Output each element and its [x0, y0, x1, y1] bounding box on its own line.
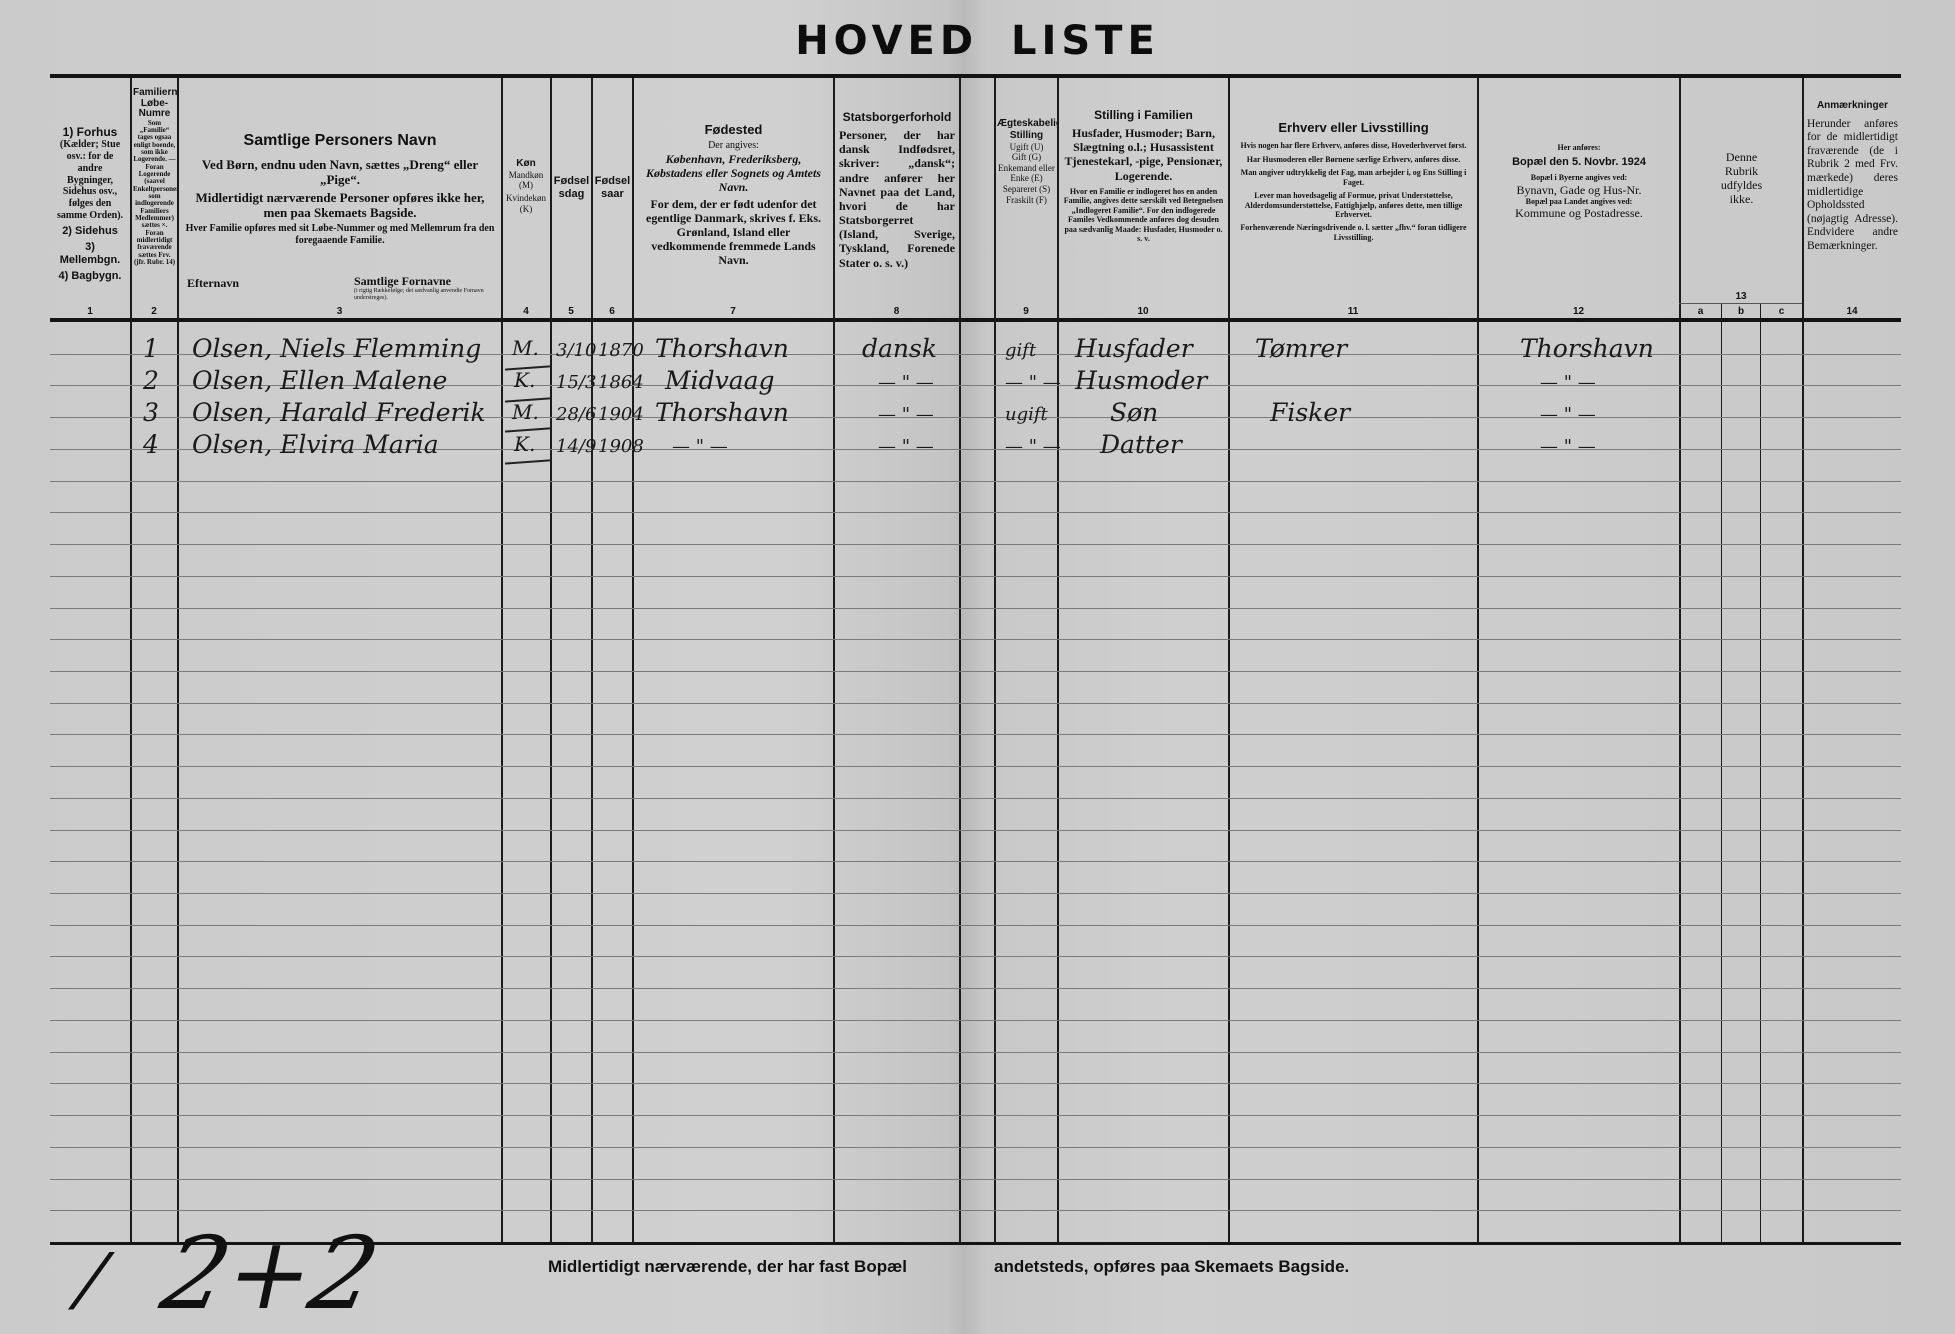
cell-birthday: 15/3 — [556, 372, 596, 393]
row-rule — [50, 481, 1901, 482]
column-number: 10 — [1058, 306, 1228, 317]
header-col-4: Køn Mandkøn (M) Kvindekøn (K) — [502, 80, 550, 305]
cell-citizenship: — " — — [878, 404, 934, 425]
cell-sex: M. — [512, 336, 539, 360]
row-rule — [50, 1052, 1901, 1053]
cell-occupation: Tømrer — [1255, 334, 1347, 363]
cell-family-role: Husfader — [1075, 334, 1193, 363]
tally-slash: / — [71, 1238, 112, 1320]
cell-birthday: 28/6 — [556, 404, 596, 425]
cell-birthplace: Thorshavn — [655, 334, 789, 363]
cell-birthday: 14/9 — [556, 436, 596, 457]
row-rule — [50, 1020, 1901, 1021]
cell-marital: — " — — [1005, 372, 1061, 393]
header-col-3: Samtlige Personers Navn Ved Børn, endnu … — [179, 80, 501, 305]
row-rule — [50, 639, 1901, 640]
cell-birthyear: 1904 — [598, 404, 644, 425]
row-rule — [50, 576, 1901, 577]
census-form-page: HOVED LISTE 1) Forhus (Kælder; Stue osv.… — [0, 0, 1955, 1334]
row-rule — [50, 893, 1901, 894]
row-rule — [50, 1147, 1901, 1148]
row-rule — [50, 734, 1901, 735]
cell-birthyear: 1864 — [598, 372, 644, 393]
row-rule — [50, 671, 1901, 672]
cell-family-role: Datter — [1100, 430, 1182, 459]
row-rule — [50, 544, 1901, 545]
cell-family-number: 2 — [143, 366, 159, 395]
col-divider — [1760, 303, 1761, 1244]
row-rule — [50, 1115, 1901, 1116]
cell-name: Olsen, Ellen Malene — [192, 366, 447, 395]
cell-family-number: 3 — [143, 398, 159, 427]
row-rule — [50, 798, 1901, 799]
header-col-14: Anmærkninger Herunder anføres for de mid… — [1804, 80, 1901, 305]
footer-note-left: Midlertidigt nærværende, der har fast Bo… — [548, 1257, 907, 1277]
cell-sex: K. — [514, 368, 535, 392]
cell-family-number: 4 — [143, 430, 159, 459]
column-sub-a: a — [1680, 306, 1721, 317]
column-number: 6 — [592, 306, 632, 317]
cell-citizenship: — " — — [878, 372, 934, 393]
cell-residence: Thorshavn — [1520, 334, 1654, 363]
header-col-10: Stilling i Familien Husfader, Husmoder; … — [1059, 80, 1228, 305]
header-col-1: 1) Forhus (Kælder; Stue osv.: for de and… — [50, 80, 130, 305]
column-number: 7 — [633, 306, 833, 317]
cell-name: Olsen, Niels Flemming — [192, 334, 481, 363]
column-number: 13 — [1680, 291, 1802, 302]
column-number: 4 — [502, 306, 550, 317]
sex-underline-mark — [505, 459, 550, 464]
cell-birthplace: — " — — [672, 436, 728, 457]
header-col-8: Statsborgerforhold Personer, der har dan… — [835, 80, 959, 305]
footer-note-right: andetsteds, opføres paa Skemaets Bagside… — [994, 1257, 1349, 1277]
cell-birthyear: 1908 — [598, 436, 644, 457]
subheading-fornavne: Samtlige Fornavne — [354, 274, 451, 288]
subheading-fornavne-note: (i rigtig Rækkefølge; det sædvanlig anve… — [354, 288, 494, 302]
row-rule — [50, 988, 1901, 989]
column-sub-c: c — [1761, 306, 1802, 317]
cell-marital: ugift — [1005, 404, 1048, 425]
header-col-12: Her anføres: Bopæl den 5. Novbr. 1924 Bo… — [1479, 80, 1679, 305]
column-number: 14 — [1803, 306, 1901, 317]
column-number: 3 — [178, 306, 501, 317]
row-rule — [50, 925, 1901, 926]
row-rule — [50, 512, 1901, 513]
header-col-7: Fødested Der angives: København, Frederi… — [634, 80, 833, 305]
cell-citizenship: — " — — [878, 436, 934, 457]
column-number: 11 — [1229, 306, 1477, 317]
subheading-efternavn: Efternavn — [187, 276, 239, 290]
tally-count: 2+2 — [153, 1215, 389, 1332]
cell-family-number: 1 — [143, 334, 159, 363]
cell-name: Olsen, Harald Frederik — [192, 398, 486, 427]
row-rule — [50, 1179, 1901, 1180]
row-rule — [50, 703, 1901, 704]
header-col-13: Denne Rubrik udfyldes ikke. — [1681, 80, 1802, 305]
header-col-6: Fødselsaar — [593, 80, 632, 305]
cell-birthplace: Thorshavn — [655, 398, 789, 427]
row-rule — [50, 1210, 1901, 1211]
cell-birthyear: 1870 — [598, 340, 644, 361]
cell-family-role: Søn — [1110, 398, 1158, 427]
column-number: 8 — [834, 306, 959, 317]
header-col-5: Fødselsdag — [552, 80, 591, 305]
header-col-11: Erhverv eller Livsstilling Hvis nogen ha… — [1230, 80, 1477, 305]
column-number: 9 — [995, 306, 1057, 317]
column-sub-b: b — [1722, 306, 1760, 317]
col-divider — [959, 78, 961, 1244]
row-rule — [50, 830, 1901, 831]
column-number: 2 — [131, 306, 177, 317]
row-rule — [50, 766, 1901, 767]
cell-residence: — " — — [1540, 436, 1596, 457]
header-col-9: Ægteskabelig Stilling Ugift (U) Gift (G)… — [996, 80, 1057, 305]
row-rule — [50, 1083, 1901, 1084]
cell-citizenship: dansk — [862, 334, 937, 363]
column-number: 5 — [551, 306, 591, 317]
header-bottom-rule — [50, 318, 1901, 322]
cell-birthplace: Midvaag — [665, 366, 775, 395]
cell-name: Olsen, Elvira Maria — [192, 430, 439, 459]
cell-birthday: 3/10 — [556, 340, 596, 361]
column-number: 1 — [50, 306, 130, 317]
cell-residence: — " — — [1540, 404, 1596, 425]
cell-sex: M. — [512, 400, 539, 424]
row-rule — [50, 608, 1901, 609]
col-divider — [1721, 303, 1722, 1244]
cell-family-role: Husmoder — [1075, 366, 1207, 395]
cell-residence: — " — — [1540, 372, 1596, 393]
cell-marital: — " — — [1005, 436, 1061, 457]
row-rule — [50, 861, 1901, 862]
top-rule — [50, 74, 1901, 78]
row-rule — [50, 956, 1901, 957]
cell-sex: K. — [514, 432, 535, 456]
cell-occupation: Fisker — [1270, 398, 1350, 427]
column-number: 12 — [1478, 306, 1679, 317]
cell-marital: gift — [1005, 340, 1036, 361]
header-col-2: Familiernes Løbe-Numre Som „Familie“ tag… — [132, 80, 177, 305]
page-title: HOVED LISTE — [0, 18, 1955, 64]
